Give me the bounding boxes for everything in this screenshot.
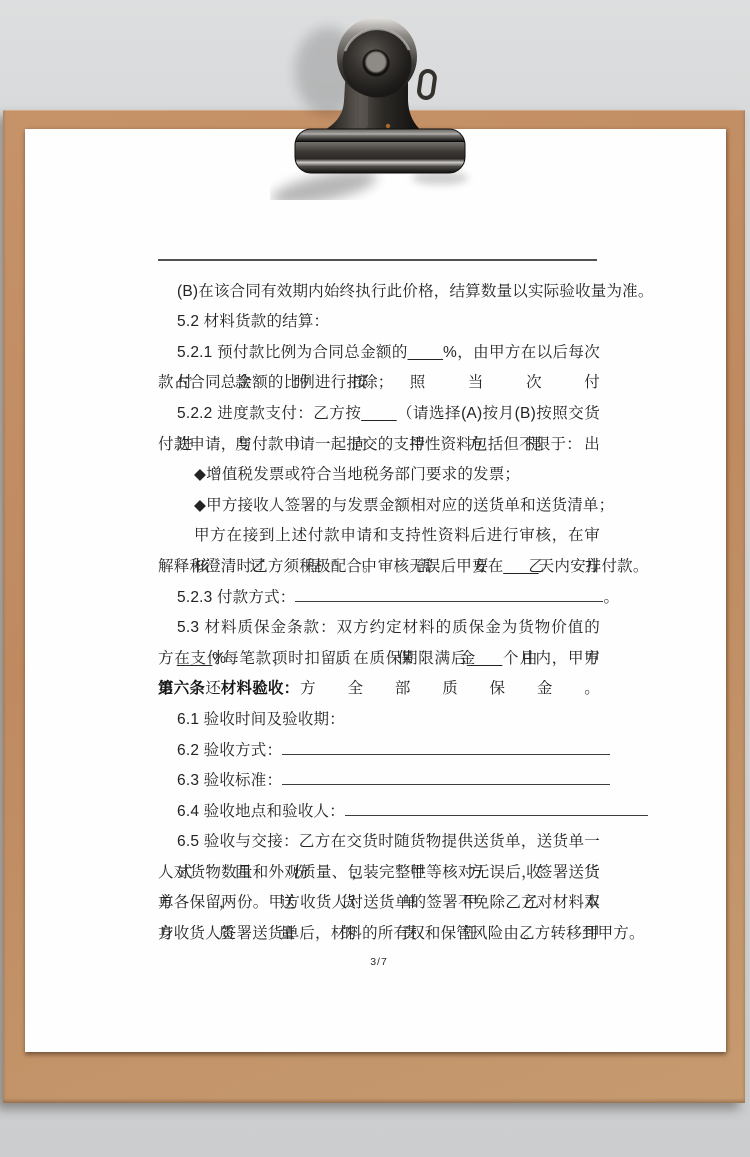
line-label: 5.2.3 付款方式： (177, 589, 295, 606)
fill-in-blank (295, 587, 603, 601)
page-number: 3/7 (158, 956, 600, 968)
doc-line: 方各保留两份。甲方收货人对送货单的签署不免除乙方对材料本身质量的责任。甲 (158, 888, 600, 919)
doc-bullet-line: ◆增值税发票或符合当地税务部门要求的发票； (158, 460, 600, 491)
contract-text: (B)在该合同有效期内始终执行此价格，结算数量以实际验收量为准。 5.2 材料货… (158, 246, 600, 950)
doc-line: 付款申请，与付款申请一起提交的支持性资料包括但不限于： (158, 430, 600, 461)
doc-line: 5.2 材料货款的结算： (158, 307, 600, 338)
binder-clip-icon (270, 5, 480, 200)
doc-line: 方收货人签署送货单后，材料的所有权和保管风险由乙方转移到甲方。 (158, 919, 600, 950)
doc-line: 人对货物数量和外观质量、包装完整性等核对无误后，签署送货单，送货单甲乙双 (158, 858, 600, 889)
fill-in-blank (282, 771, 610, 785)
doc-line-fill-blank: 6.2 验收方式： (158, 736, 600, 767)
doc-line: 方在支付每笔款项时扣留。在质保期限满后____个月内，甲方退还乙方全部质保金。 (158, 644, 600, 675)
photo-stage: (B)在该合同有效期内始终执行此价格，结算数量以实际验收量为准。 5.2 材料货… (0, 0, 750, 1157)
line-suffix: 。 (603, 589, 619, 606)
doc-line: 解释和澄清时乙方须积极配合。审核无误后甲方在____天内安排付款。 (158, 552, 600, 583)
doc-line: 5.3 材料质保金条款：双方约定材料的质保金为货物价值的____%，质保金由甲 (158, 613, 600, 644)
fill-in-blank (282, 740, 610, 754)
doc-line: 6.5 验收与交接：乙方在交货时随货物提供送货单，送货单一式四份，甲方收货 (158, 827, 600, 858)
doc-line: 甲方在接到上述付款申请和支持性资料后进行审核，在审核过程中需要乙方 (158, 521, 600, 552)
line-label: 6.4 验收地点和验收人： (177, 803, 345, 820)
doc-bullet-line: ◆甲方接收人签署的与发票金额相对应的送货单和送货清单； (158, 491, 600, 522)
clip-lever (418, 70, 436, 99)
doc-line: (B)在该合同有效期内始终执行此价格，结算数量以实际验收量为准。 (158, 277, 600, 308)
fill-in-blank (345, 802, 648, 816)
doc-line-fill-blank: 6.3 验收标准： (158, 766, 600, 797)
line-label: 6.2 验收方式： (177, 742, 282, 759)
clip-bar (295, 129, 465, 173)
doc-line: 6.1 验收时间及验收期： (158, 705, 600, 736)
line-label: 6.3 验收标准： (177, 772, 282, 789)
doc-line: 5.2.2 进度款支付：乙方按____（请选择(A)按月(B)按照交货进度）向甲… (158, 399, 600, 430)
fill-in-rule-line (158, 259, 597, 261)
rust-dot (386, 124, 390, 128)
doc-line-fill-blank: 5.2.3 付款方式：。 (158, 583, 600, 614)
doc-line-fill-blank: 6.4 验收地点和验收人： (158, 797, 600, 828)
doc-line: 5.2.1 预付款比例为合同总金额的____%，由甲方在以后每次付款时按照当次付 (158, 338, 600, 369)
contract-paper: (B)在该合同有效期内始终执行此价格，结算数量以实际验收量为准。 5.2 材料货… (25, 129, 726, 1052)
